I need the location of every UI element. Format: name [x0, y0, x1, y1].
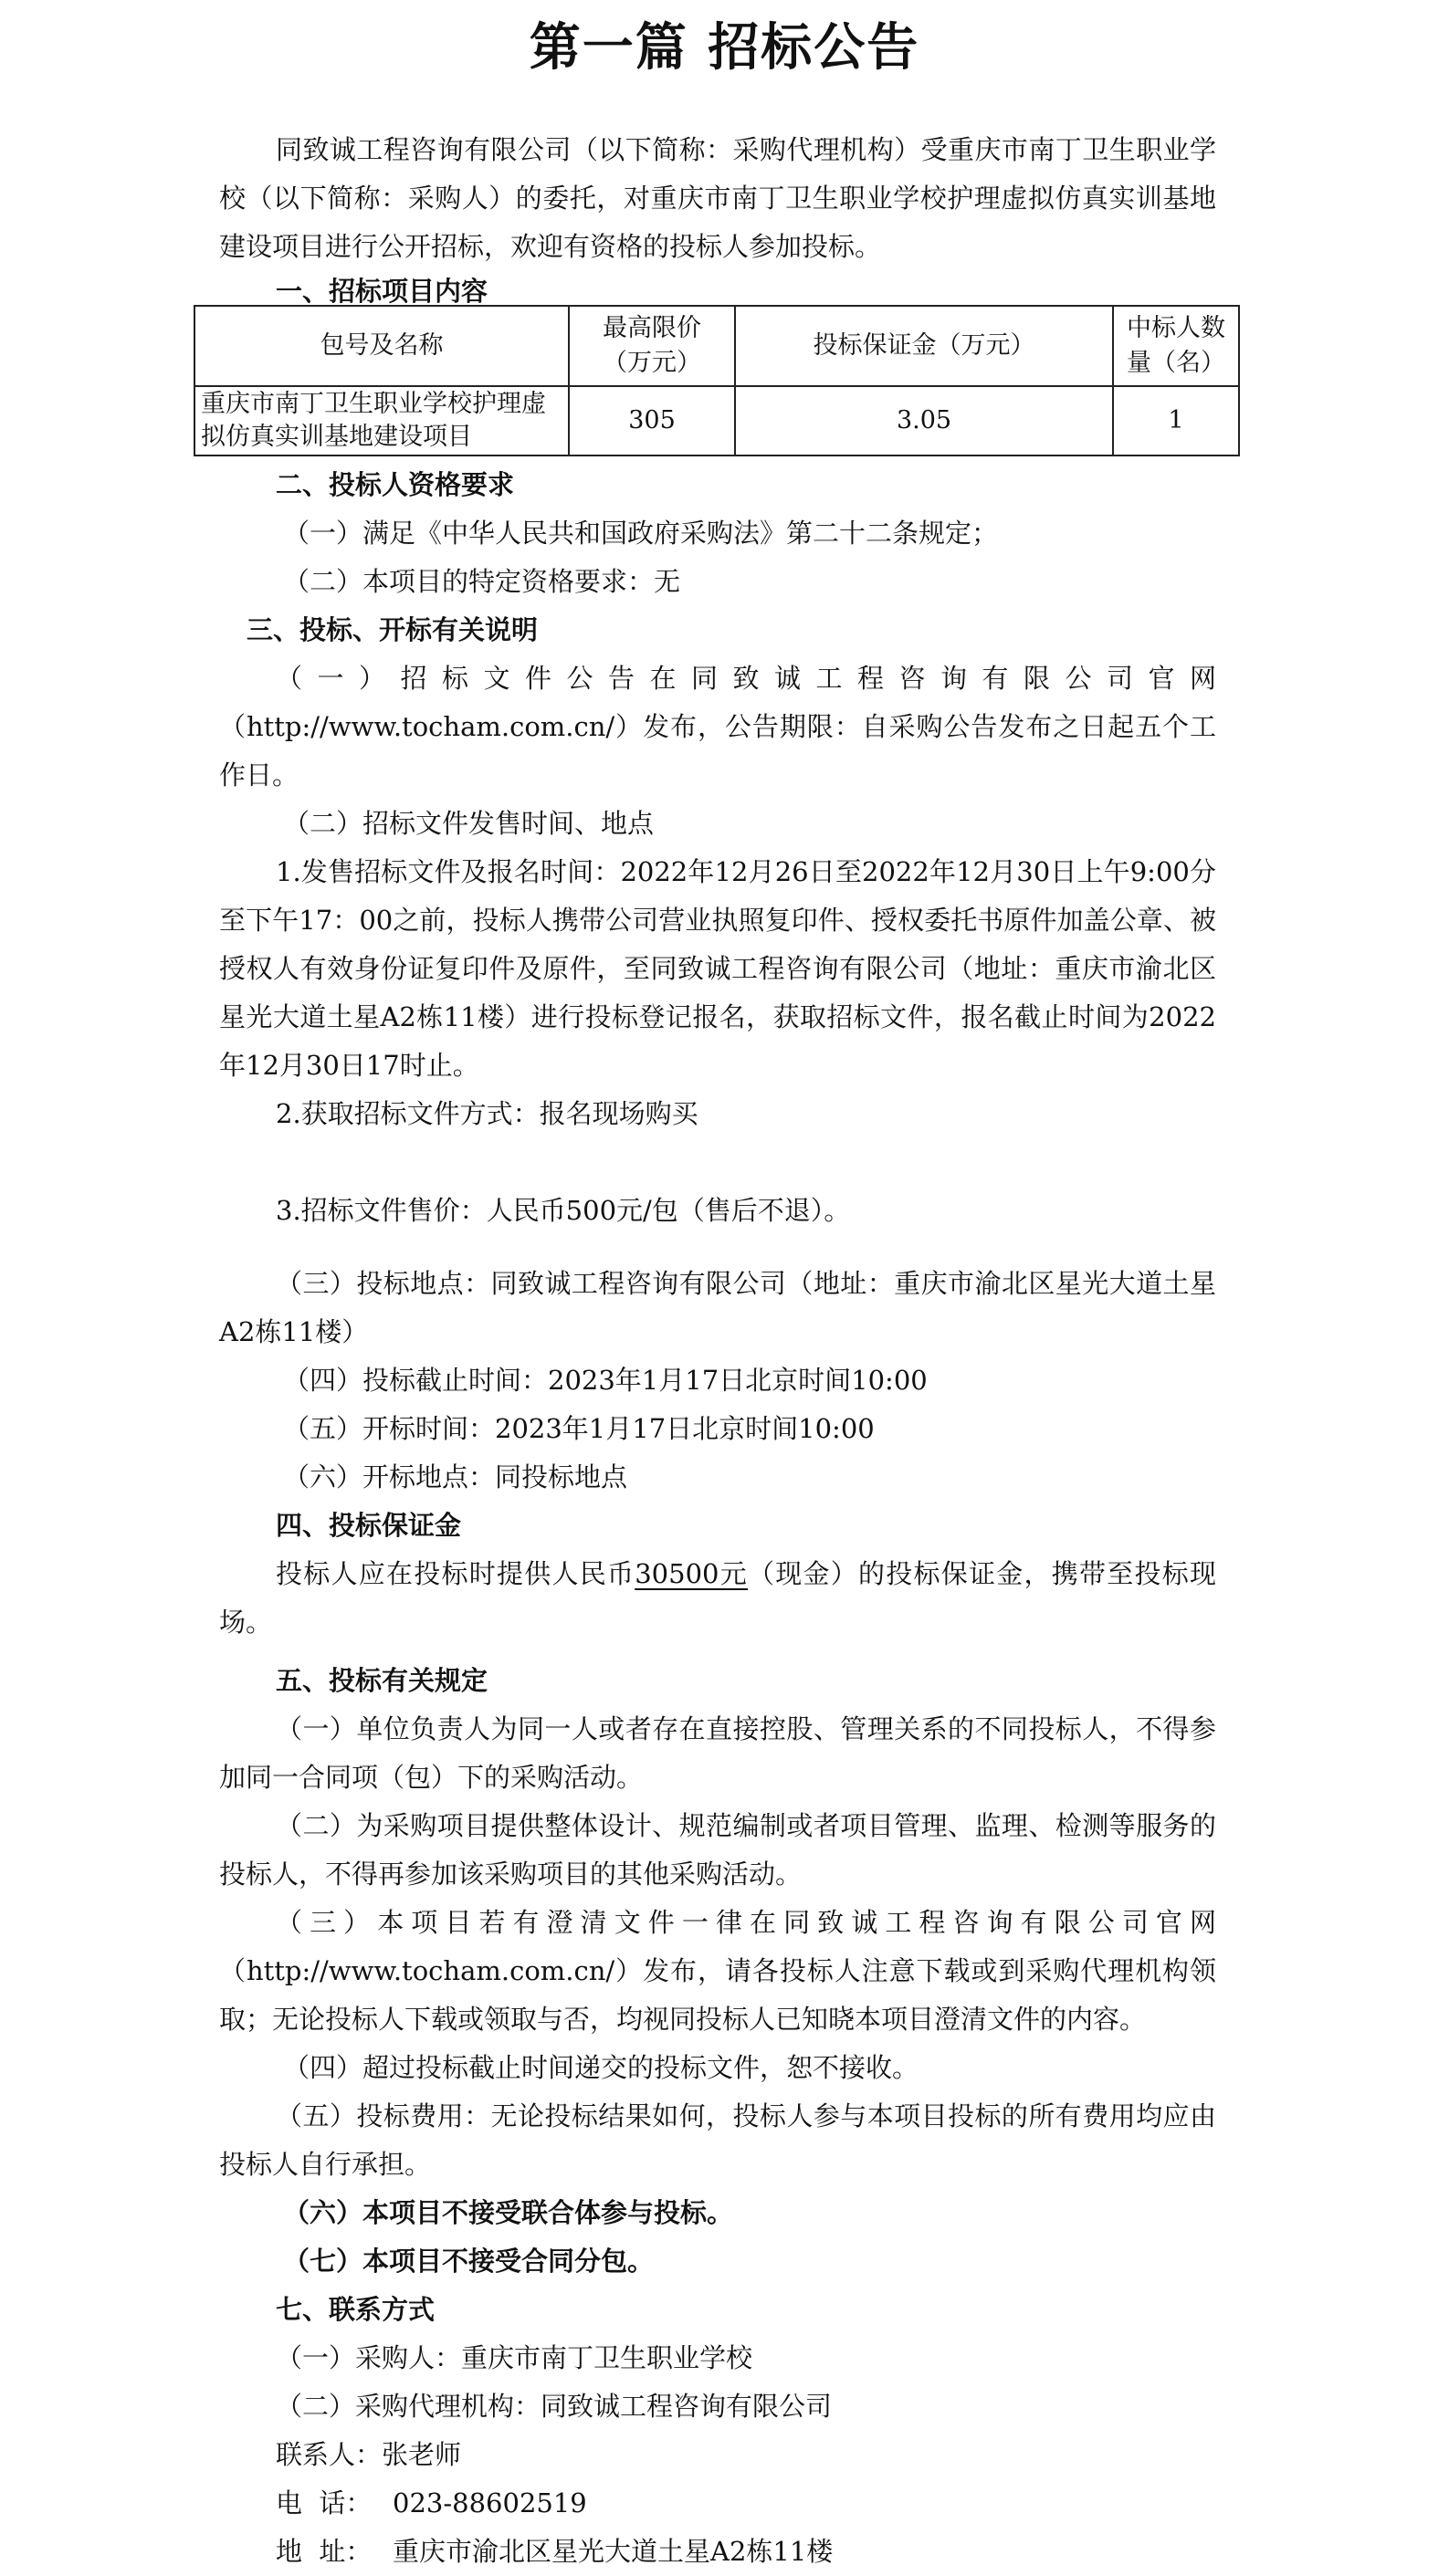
- cell-package-name: 重庆市南丁卫生职业学校护理虚拟仿真实训基地建设项目: [194, 386, 569, 456]
- header-deposit: 投标保证金（万元）: [735, 306, 1113, 386]
- contact-agency: （二）采购代理机构：同致诚工程咨询有限公司: [276, 2382, 1273, 2431]
- page-title: 第一篇 招标公告: [0, 7, 1449, 80]
- section3-item-6: （六）开标地点：同投标地点: [283, 1453, 1280, 1502]
- table-row: 重庆市南丁卫生职业学校护理虚拟仿真实训基地建设项目 305 3.05 1: [194, 386, 1239, 456]
- cell-winner-count: 1: [1113, 386, 1239, 456]
- cell-max-price: 305: [569, 386, 735, 456]
- section3-item-4: （四）投标截止时间：2023年1月17日北京时间10:00: [283, 1356, 1280, 1405]
- phone-label: 电 话：: [276, 2479, 393, 2528]
- address-label: 地 址：: [276, 2528, 393, 2576]
- section2-item-1: （一）满足《中华人民共和国政府采购法》第二十二条规定；: [283, 509, 1280, 558]
- phone-number: 023-88602519: [393, 2487, 587, 2518]
- section5-item-4: （四）超过投标截止时间递交的投标文件，恕不接收。: [283, 2044, 1280, 2092]
- section4-heading: 四、投标保证金: [276, 1502, 1273, 1550]
- header-package-name: 包号及名称: [194, 306, 569, 386]
- deposit-text-before: 投标人应在投标时提供人民币: [276, 1558, 635, 1589]
- section5-heading: 五、投标有关规定: [276, 1657, 1273, 1705]
- cell-deposit: 3.05: [735, 386, 1113, 456]
- section5-item-6: （六）本项目不接受联合体参与投标。: [283, 2189, 1280, 2237]
- contact-purchaser: （一）采购人：重庆市南丁卫生职业学校: [276, 2334, 1273, 2382]
- deposit-amount: 30500元: [635, 1558, 748, 1589]
- section3-sub-2: 2.获取招标文件方式：报名现场购买: [276, 1090, 1273, 1138]
- section3-sub-1: 1.发售招标文件及报名时间：2022年12月26日至2022年12月30日上午9…: [219, 848, 1216, 1090]
- section5-item-1: （一）单位负责人为同一人或者存在直接控股、管理关系的不同投标人，不得参加同一合同…: [219, 1705, 1216, 1802]
- section4-paragraph: 投标人应在投标时提供人民币30500元（现金）的投标保证金，携带至投标现场。: [219, 1550, 1216, 1647]
- section3-item-2: （二）招标文件发售时间、地点: [283, 800, 1280, 848]
- section3-sub-3: 3.招标文件售价：人民币500元/包（售后不退）。: [276, 1187, 1273, 1235]
- section3-item-3: （三）投标地点：同致诚工程咨询有限公司（地址：重庆市渝北区星光大道土星A2栋11…: [219, 1260, 1216, 1356]
- section5-item-5: （五）投标费用：无论投标结果如何，投标人参与本项目投标的所有费用均应由投标人自行…: [219, 2092, 1216, 2189]
- header-winner-count: 中标人数量（名）: [1113, 306, 1239, 386]
- bid-table: 包号及名称 最高限价（万元） 投标保证金（万元） 中标人数量（名） 重庆市南丁卫…: [194, 305, 1240, 456]
- intro-paragraph: 同致诚工程咨询有限公司（以下简称：采购代理机构）受重庆市南丁卫生职业学校（以下简…: [219, 126, 1216, 271]
- contact-address: 地 址：重庆市渝北区星光大道土星A2栋11楼: [276, 2528, 1273, 2576]
- table-header-row: 包号及名称 最高限价（万元） 投标保证金（万元） 中标人数量（名）: [194, 306, 1239, 386]
- section2-heading: 二、投标人资格要求: [276, 461, 1273, 509]
- contact-person: 联系人：张老师: [276, 2431, 1273, 2479]
- section5-item-2: （二）为采购项目提供整体设计、规范编制或者项目管理、监理、检测等服务的投标人，不…: [219, 1802, 1216, 1899]
- section2-item-2: （二）本项目的特定资格要求：无: [283, 558, 1280, 606]
- section3-heading: 三、投标、开标有关说明: [247, 606, 1244, 654]
- header-max-price: 最高限价（万元）: [569, 306, 735, 386]
- contact-phone: 电 话：023-88602519: [276, 2479, 1273, 2528]
- address-value: 重庆市渝北区星光大道土星A2栋11楼: [393, 2536, 833, 2567]
- section5-item-3: （三）本项目若有澄清文件一律在同致诚工程咨询有限公司官网（http://www.…: [219, 1899, 1216, 2044]
- section7-heading: 七、联系方式: [276, 2286, 1273, 2334]
- section3-item-5: （五）开标时间：2023年1月17日北京时间10:00: [283, 1405, 1280, 1453]
- section3-item-1: （一）招标文件公告在同致诚工程咨询有限公司官网（http://www.tocha…: [219, 654, 1216, 800]
- section5-item-7: （七）本项目不接受合同分包。: [283, 2237, 1280, 2286]
